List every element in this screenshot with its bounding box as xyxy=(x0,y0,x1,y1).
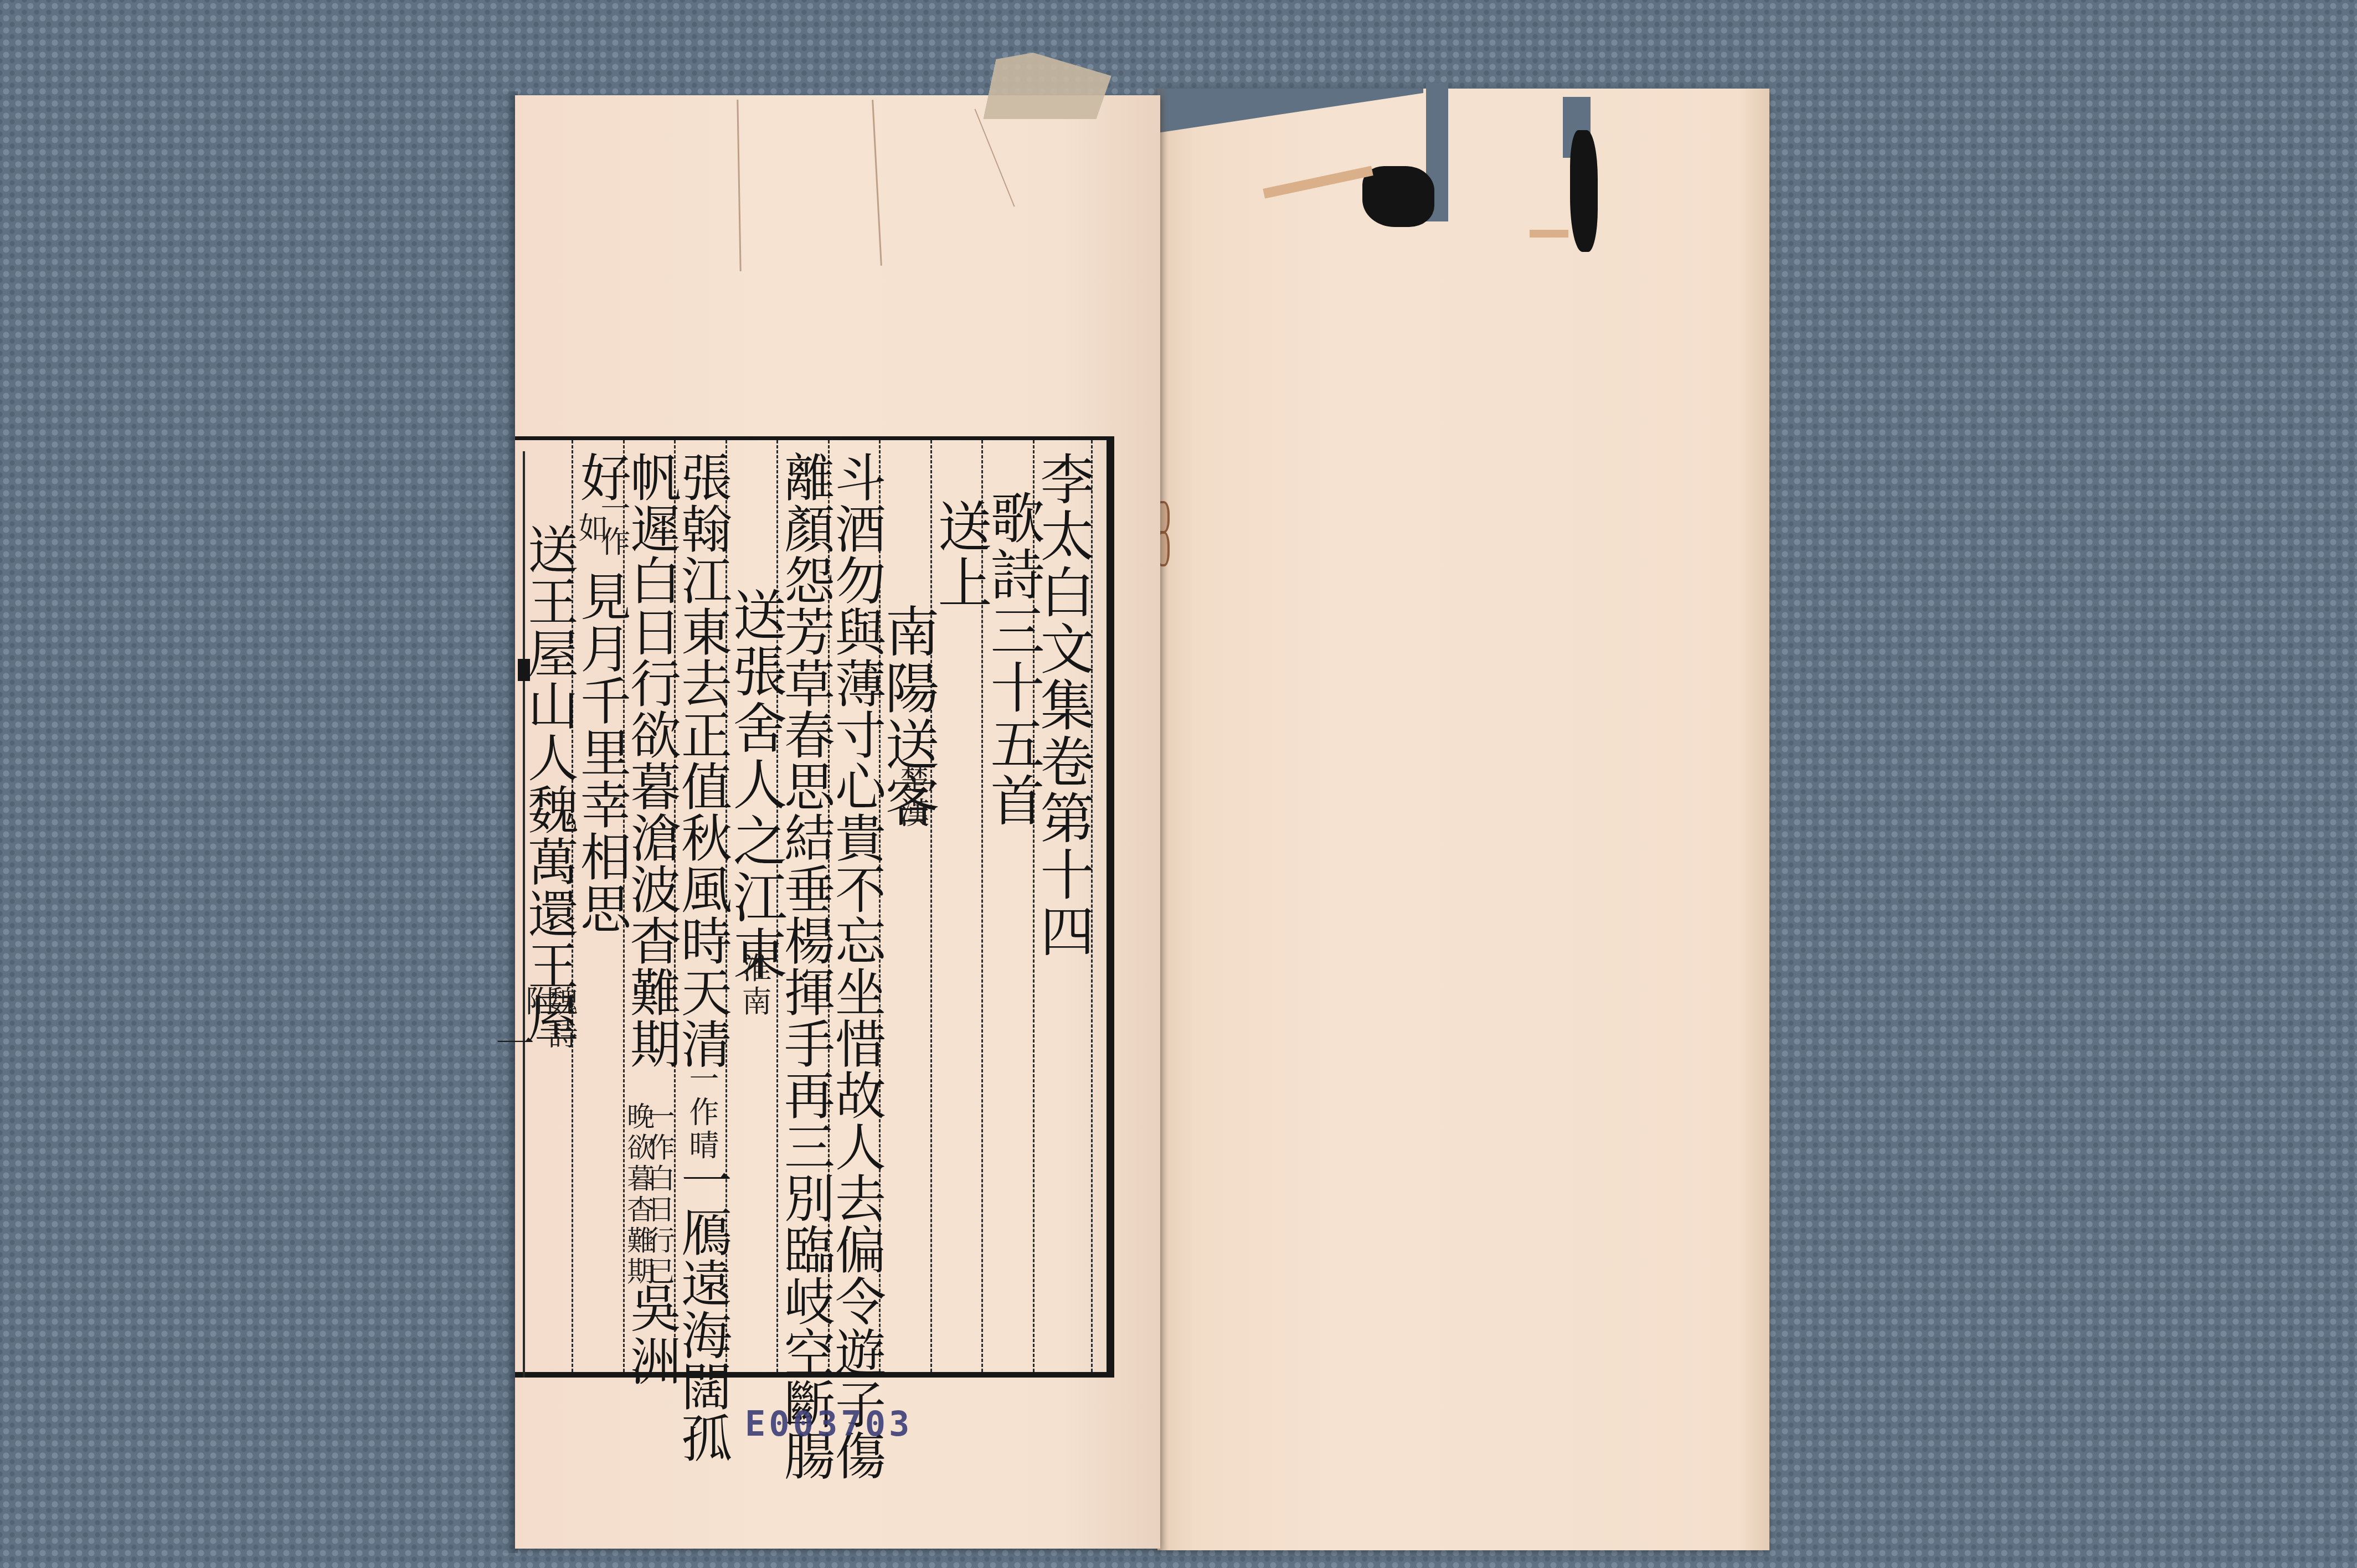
section-heading: 歌詩三十五首 xyxy=(986,490,1040,829)
fish-tail-mark xyxy=(518,659,530,681)
variant-note: 晚欲暮杳難期 xyxy=(625,1102,652,1288)
poem-line: 吳洲 xyxy=(626,1282,677,1388)
library-stamp: E003703 xyxy=(745,1404,913,1444)
burn-hole-2 xyxy=(1570,130,1598,252)
variant-note: 一作晴 xyxy=(687,1063,717,1163)
title-note-huainan: 淮南 xyxy=(739,952,769,1019)
poem-title-wangwu: 送王屋山人魏萬還王屋 xyxy=(523,523,574,1044)
variant-note: 一作 xyxy=(598,493,628,559)
poem-line: 離顏怨芳草春思結垂楊揮手再三別臨岐空斷腸 xyxy=(780,451,831,1481)
burnt-edge-2 xyxy=(1530,230,1568,238)
poem-line: 斗酒勿與薄寸心貴不忘坐惜故人去偏令遊子傷 xyxy=(831,451,882,1481)
poem-line: 一鴈遠海闊孤 xyxy=(677,1154,728,1463)
poem-line: 張翰江東去正值秋風時天清 xyxy=(677,451,728,1069)
poem-line: 帆遲白日行欲暮滄波杳難期 xyxy=(626,451,677,1069)
margin-page-number: 一 xyxy=(496,1013,534,1069)
poem-line: 見月千里幸相思 xyxy=(576,570,627,935)
title-note: 魏詩 xyxy=(545,986,575,1052)
poem-title-zhang: 送張舍人之江東 xyxy=(728,587,783,982)
right-page xyxy=(1157,89,1769,1550)
title-note-chuhan: 楚漢 xyxy=(897,764,927,831)
category-label: 送上 xyxy=(933,498,987,611)
